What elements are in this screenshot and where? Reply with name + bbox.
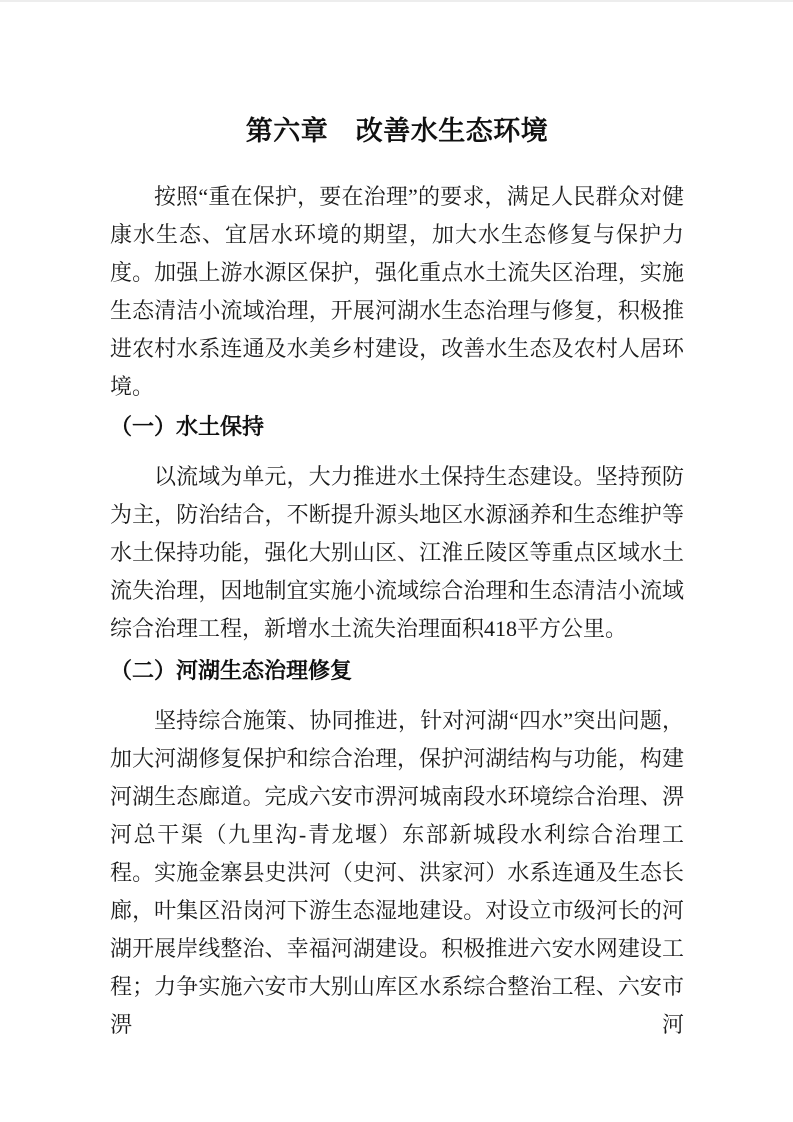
chapter-title: 第六章 改善水生态环境 [110, 110, 684, 152]
section-heading-river-lake-restoration: （二）河湖生态治理修复 [110, 652, 684, 690]
section-paragraph-river-lake-restoration: 坚持综合施策、协同推进，针对河湖“四水”突出问题，加大河湖修复保护和综合治理，保… [110, 702, 684, 1044]
section-heading-soil-water-conservation: （一）水土保持 [110, 408, 684, 446]
document-page: 第六章 改善水生态环境 按照“重在保护，要在治理”的要求，满足人民群众对健康水生… [0, 0, 793, 1122]
intro-paragraph: 按照“重在保护，要在治理”的要求，满足人民群众对健康水生态、宜居水环境的期望，加… [110, 178, 684, 406]
section-paragraph-soil-water-conservation: 以流域为单元，大力推进水土保持生态建设。坚持预防为主，防治结合，不断提升源头地区… [110, 458, 684, 648]
